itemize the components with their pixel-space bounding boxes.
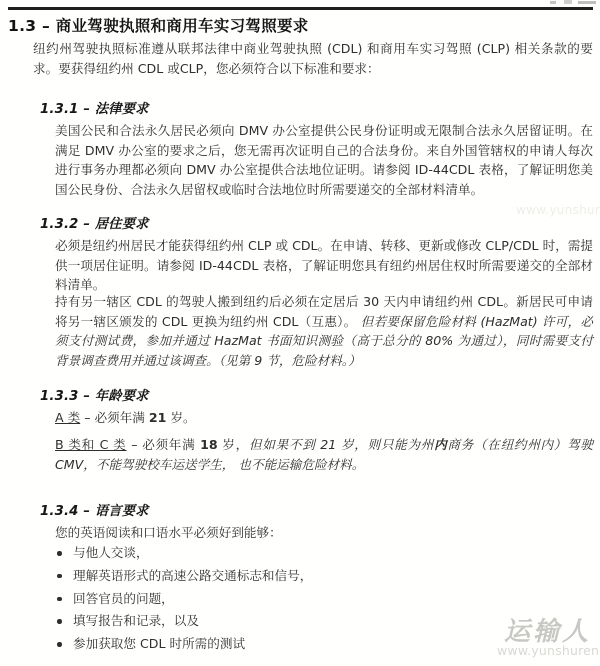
class-bc-mid: – 必须年满 — [126, 437, 200, 452]
list-item-text: 与他人交谈， — [73, 545, 149, 560]
list-item-text: 回答官员的问题， — [73, 591, 174, 606]
class-bc-label: B 类和 C 类 — [55, 437, 126, 452]
bullet-icon — [57, 574, 62, 579]
list-item-text: 参加获取您 CDL 时所需的测试 — [73, 636, 245, 651]
watermark-url-bottom: www.yunshuren.com — [497, 643, 600, 658]
language-intro-line: 您的英语阅读和口语水平必须好到能够： — [55, 523, 593, 543]
class-bc-after-age: 岁， — [218, 437, 249, 452]
age-class-bc-line: B 类和 C 类 – 必须年满 18 岁，但如果不到 21 岁，则只能为州内商务… — [55, 435, 593, 474]
watermark-url-mid: www.yunshuren.com — [516, 203, 600, 217]
legal-paragraph: 美国公民和合法永久居民必须向 DMV 办公室提供公民身份证明或无限制合法永久居留… — [55, 121, 593, 199]
document-page: 1.3 – 商业驾驶执照和商用车实习驾照要求 纽约州驾驶执照标准遵从联邦法律中商… — [0, 0, 600, 666]
class-bc-bold-char: 内 — [434, 437, 447, 452]
class-bc-age: 18 — [200, 437, 218, 452]
residency-paragraph-1: 必须是纽约州居民才能获得纽约州 CLP 或 CDL。在申请、转移、更新或修改 C… — [55, 236, 593, 295]
title-rule — [8, 7, 593, 10]
class-a-label: A 类 — [55, 410, 80, 425]
page-title: 1.3 – 商业驾驶执照和商用车实习驾照要求 — [8, 14, 309, 36]
list-item-text: 填写报告和记录，以及 — [73, 613, 199, 628]
class-bc-italic-1: 但如果不到 21 岁，则只能为州 — [249, 437, 434, 452]
bullet-icon — [57, 619, 62, 624]
list-item: 回答官员的问题， — [57, 592, 577, 607]
section-heading-language: 1.3.4 – 语言要求 — [40, 500, 148, 519]
list-item: 理解英语形式的高速公路交通标志和信号， — [57, 569, 577, 584]
class-a-age: 21 — [149, 410, 167, 425]
list-item-text: 理解英语形式的高速公路交通标志和信号， — [73, 568, 312, 583]
class-a-tail: 岁。 — [166, 410, 195, 425]
class-a-mid: – 必须年满 — [80, 410, 149, 425]
section-heading-legal: 1.3.1 – 法律要求 — [40, 98, 148, 117]
cropped-header-fragment — [548, 0, 598, 5]
age-class-a-line: A 类 – 必须年满 21 岁。 — [55, 408, 593, 428]
bullet-icon — [57, 642, 62, 647]
section-heading-residency: 1.3.2 – 居住要求 — [40, 213, 148, 232]
list-item: 与他人交谈， — [57, 546, 577, 561]
bullet-icon — [57, 597, 62, 602]
intro-paragraph: 纽约州驾驶执照标准遵从联邦法律中商业驾驶执照 (CDL) 和商用车实习驾照 (C… — [33, 39, 593, 79]
residency-paragraph-2: 持有另一辖区 CDL 的驾驶人搬到纽约后必须在定居后 30 天内申请纽约州 CD… — [55, 292, 593, 370]
section-heading-age: 1.3.3 – 年龄要求 — [40, 385, 148, 404]
list-item: 填写报告和记录，以及 — [57, 614, 577, 629]
bullet-icon — [57, 551, 62, 556]
